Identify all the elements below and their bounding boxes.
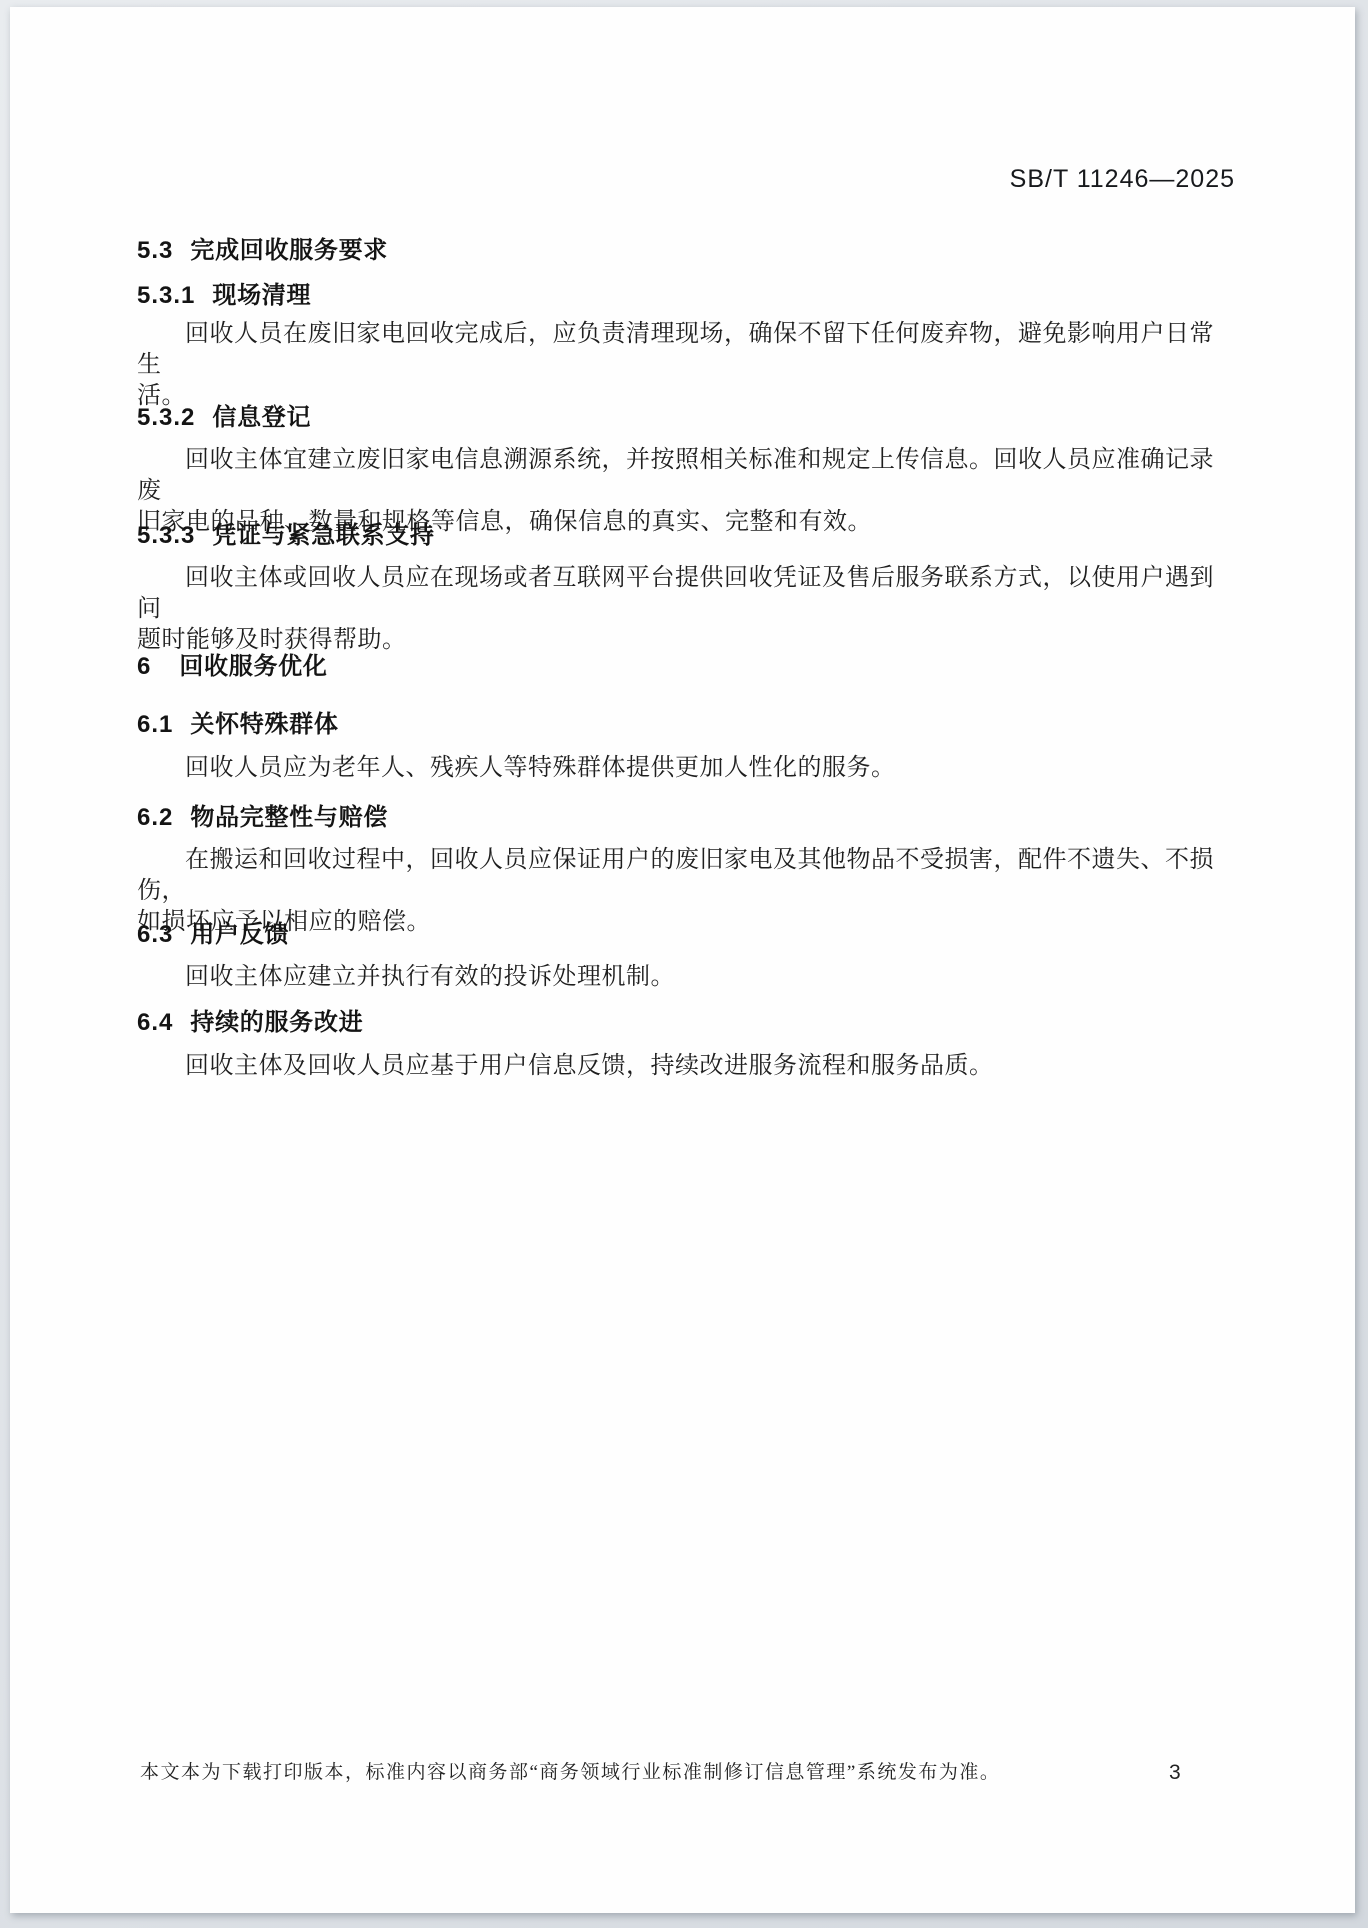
clause-number: 5.3	[137, 236, 173, 266]
clause-heading-6-4: 6.4持续的服务改进	[137, 1008, 363, 1038]
paragraph-continuous-improvement: 回收主体及回收人员应基于用户信息反馈，持续改进服务流程和服务品质。	[137, 1051, 1237, 1082]
clause-title: 持续的服务改进	[190, 1009, 363, 1036]
clause-title: 物品完整性与赔偿	[190, 804, 388, 831]
clause-title: 凭证与紧急联系支持	[212, 522, 434, 549]
clause-heading-5-3-1: 5.3.1现场清理	[137, 281, 311, 311]
clause-title: 现场清理	[212, 282, 311, 309]
clause-heading-5-3-3: 5.3.3凭证与紧急联系支持	[137, 521, 435, 551]
clause-heading-6-3: 6.3用户反馈	[137, 920, 289, 950]
clause-title: 完成回收服务要求	[190, 237, 388, 264]
chapter-title: 回收服务优化	[179, 653, 327, 680]
page-number: 3	[1169, 1759, 1181, 1787]
clause-heading-6-1: 6.1关怀特殊群体	[137, 710, 339, 740]
clause-number: 6.2	[137, 803, 173, 833]
paragraph-user-feedback: 回收主体应建立并执行有效的投诉处理机制。	[137, 962, 1237, 993]
paragraph-special-groups: 回收人员应为老年人、残疾人等特殊群体提供更加人性化的服务。	[137, 753, 1237, 784]
clause-heading-5-3: 5.3完成回收服务要求	[137, 236, 388, 266]
clause-number: 5.3.3	[137, 521, 195, 551]
paragraph-voucher-support: 回收主体或回收人员应在现场或者互联网平台提供回收凭证及售后服务联系方式，以使用户…	[137, 563, 1237, 656]
clause-number: 6.3	[137, 920, 173, 950]
clause-title: 信息登记	[212, 404, 311, 431]
document-page: SB/T 11246—2025 5.3完成回收服务要求 5.3.1现场清理 回收…	[10, 7, 1355, 1913]
chapter-number: 6	[137, 652, 151, 682]
clause-number: 6.4	[137, 1008, 173, 1038]
clause-heading-6-2: 6.2物品完整性与赔偿	[137, 803, 388, 833]
scan-background: SB/T 11246—2025 5.3完成回收服务要求 5.3.1现场清理 回收…	[0, 0, 1368, 1928]
clause-title: 关怀特殊群体	[190, 711, 338, 738]
clause-title: 用户反馈	[190, 921, 289, 948]
clause-number: 5.3.1	[137, 281, 195, 311]
footer-note: 本文本为下载打印版本，标准内容以商务部“商务领域行业标准制修订信息管理”系统发布…	[140, 1759, 1000, 1787]
page-content: SB/T 11246—2025 5.3完成回收服务要求 5.3.1现场清理 回收…	[137, 7, 1237, 1913]
chapter-heading-6: 6回收服务优化	[137, 652, 328, 682]
paragraph-item-integrity: 在搬运和回收过程中，回收人员应保证用户的废旧家电及其他物品不受损害，配件不遗失、…	[137, 845, 1237, 938]
clause-number: 5.3.2	[137, 403, 195, 433]
clause-number: 6.1	[137, 710, 173, 740]
standard-number-header: SB/T 11246—2025	[1010, 165, 1235, 194]
paragraph-site-cleanup: 回收人员在废旧家电回收完成后，应负责清理现场，确保不留下任何废弃物，避免影响用户…	[137, 319, 1237, 412]
clause-heading-5-3-2: 5.3.2信息登记	[137, 403, 311, 433]
